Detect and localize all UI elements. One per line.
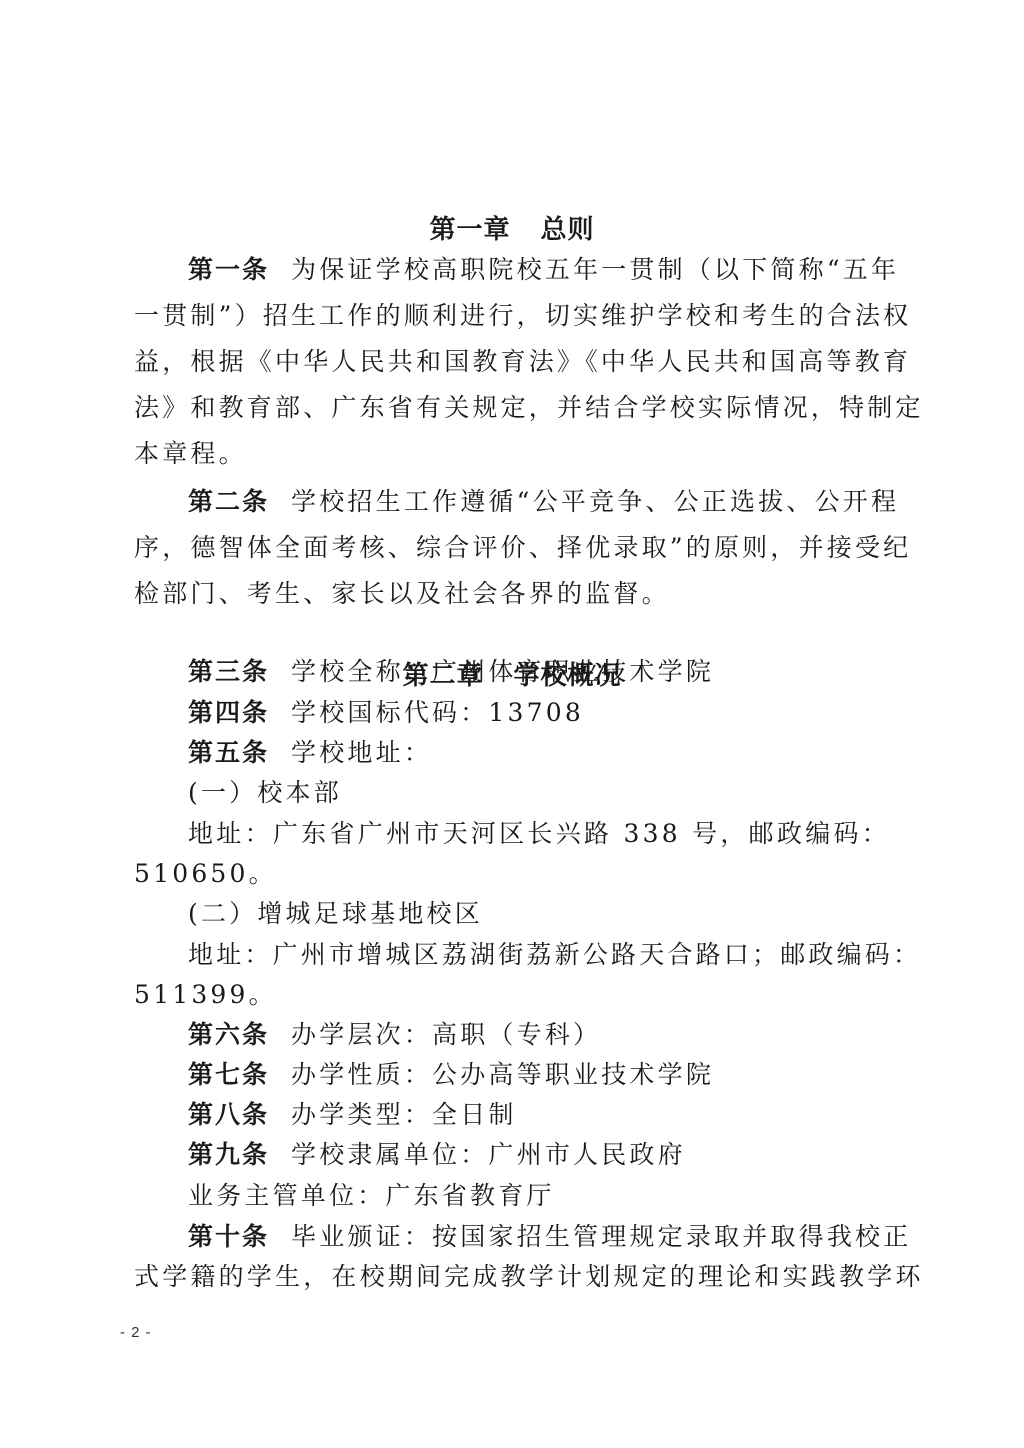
page-number: - 2 - [120, 1324, 152, 1341]
article-6: 第六条办学层次：高职（专科） [188, 1019, 890, 1051]
article-10-line-2: 式学籍的学生，在校期间完成教学计划规定的理论和实践教学环 [134, 1261, 890, 1293]
article-label: 第四条 [188, 698, 269, 727]
campus-1-address-line-2: 510650。 [134, 858, 890, 890]
article-label: 第十条 [188, 1222, 269, 1251]
article-label: 第六条 [188, 1020, 269, 1049]
article-10-line-1: 第十条毕业颁证：按国家招生管理规定录取并取得我校正 [188, 1221, 890, 1253]
article-2-line-3: 检部门、考生、家长以及社会各界的监督。 [134, 578, 890, 610]
article-label: 第八条 [188, 1100, 269, 1129]
article-2-line-1: 第二条学校招生工作遵循“公平竞争、公正选拔、公开程 [188, 486, 890, 518]
campus-2-title: (二）增城足球基地校区 [188, 898, 890, 930]
article-1-line-4: 法》和教育部、广东省有关规定，并结合学校实际情况，特制定 [134, 392, 890, 424]
article-9: 第九条学校隶属单位：广州市人民政府 [188, 1139, 890, 1171]
article-1-line-1: 第一条为保证学校高职院校五年一贯制（以下简称“五年 [188, 254, 890, 286]
article-text: 办学层次：高职（专科） [291, 1020, 601, 1049]
article-label: 第九条 [188, 1140, 269, 1169]
article-1-line-5: 本章程。 [134, 438, 890, 470]
article-text: 办学类型：全日制 [291, 1100, 517, 1129]
article-8: 第八条办学类型：全日制 [188, 1099, 890, 1131]
article-label: 第七条 [188, 1060, 269, 1089]
article-label: 第一条 [188, 255, 269, 284]
article-3: 第三条学校全称：广州体育职业技术学院 [188, 656, 890, 688]
article-text: 为保证学校高职院校五年一贯制（以下简称“五年 [291, 255, 899, 284]
chapter-1-title: 第一章总则 [0, 214, 1024, 246]
article-label: 第五条 [188, 738, 269, 767]
article-1-line-2: 一贯制”）招生工作的顺利进行，切实维护学校和考生的合法权 [134, 300, 890, 332]
article-1-line-3: 益，根据《中华人民共和国教育法》《中华人民共和国高等教育 [134, 346, 890, 378]
article-9-sub: 业务主管单位：广东省教育厅 [188, 1180, 890, 1212]
campus-2-address-line-1: 地址：广州市增城区荔湖街荔新公路天合路口；邮政编码： [188, 939, 890, 971]
article-label: 第三条 [188, 657, 269, 686]
campus-2-address-line-2: 511399。 [134, 979, 890, 1011]
article-5: 第五条学校地址： [188, 737, 890, 769]
article-text: 学校地址： [291, 738, 432, 767]
article-7: 第七条办学性质：公办高等职业技术学院 [188, 1059, 890, 1091]
article-text: 学校隶属单位：广州市人民政府 [291, 1140, 686, 1169]
article-text: 办学性质：公办高等职业技术学院 [291, 1060, 714, 1089]
chapter-number: 第一章 [429, 215, 510, 245]
article-2-line-2: 序，德智体全面考核、综合评价、择优录取”的原则，并接受纪 [134, 532, 890, 564]
campus-1-title: (一）校本部 [188, 777, 890, 809]
article-text: 学校招生工作遵循“公平竞争、公正选拔、公开程 [291, 487, 899, 516]
article-text: 学校国标代码：13708 [291, 698, 584, 727]
article-label: 第二条 [188, 487, 269, 516]
campus-1-address-line-1: 地址：广东省广州市天河区长兴路 338 号，邮政编码： [188, 818, 890, 850]
article-4: 第四条学校国标代码：13708 [188, 697, 890, 729]
article-text: 学校全称：广州体育职业技术学院 [291, 657, 714, 686]
chapter-title-text: 总则 [541, 215, 595, 245]
article-text: 毕业颁证：按国家招生管理规定录取并取得我校正 [291, 1222, 911, 1251]
